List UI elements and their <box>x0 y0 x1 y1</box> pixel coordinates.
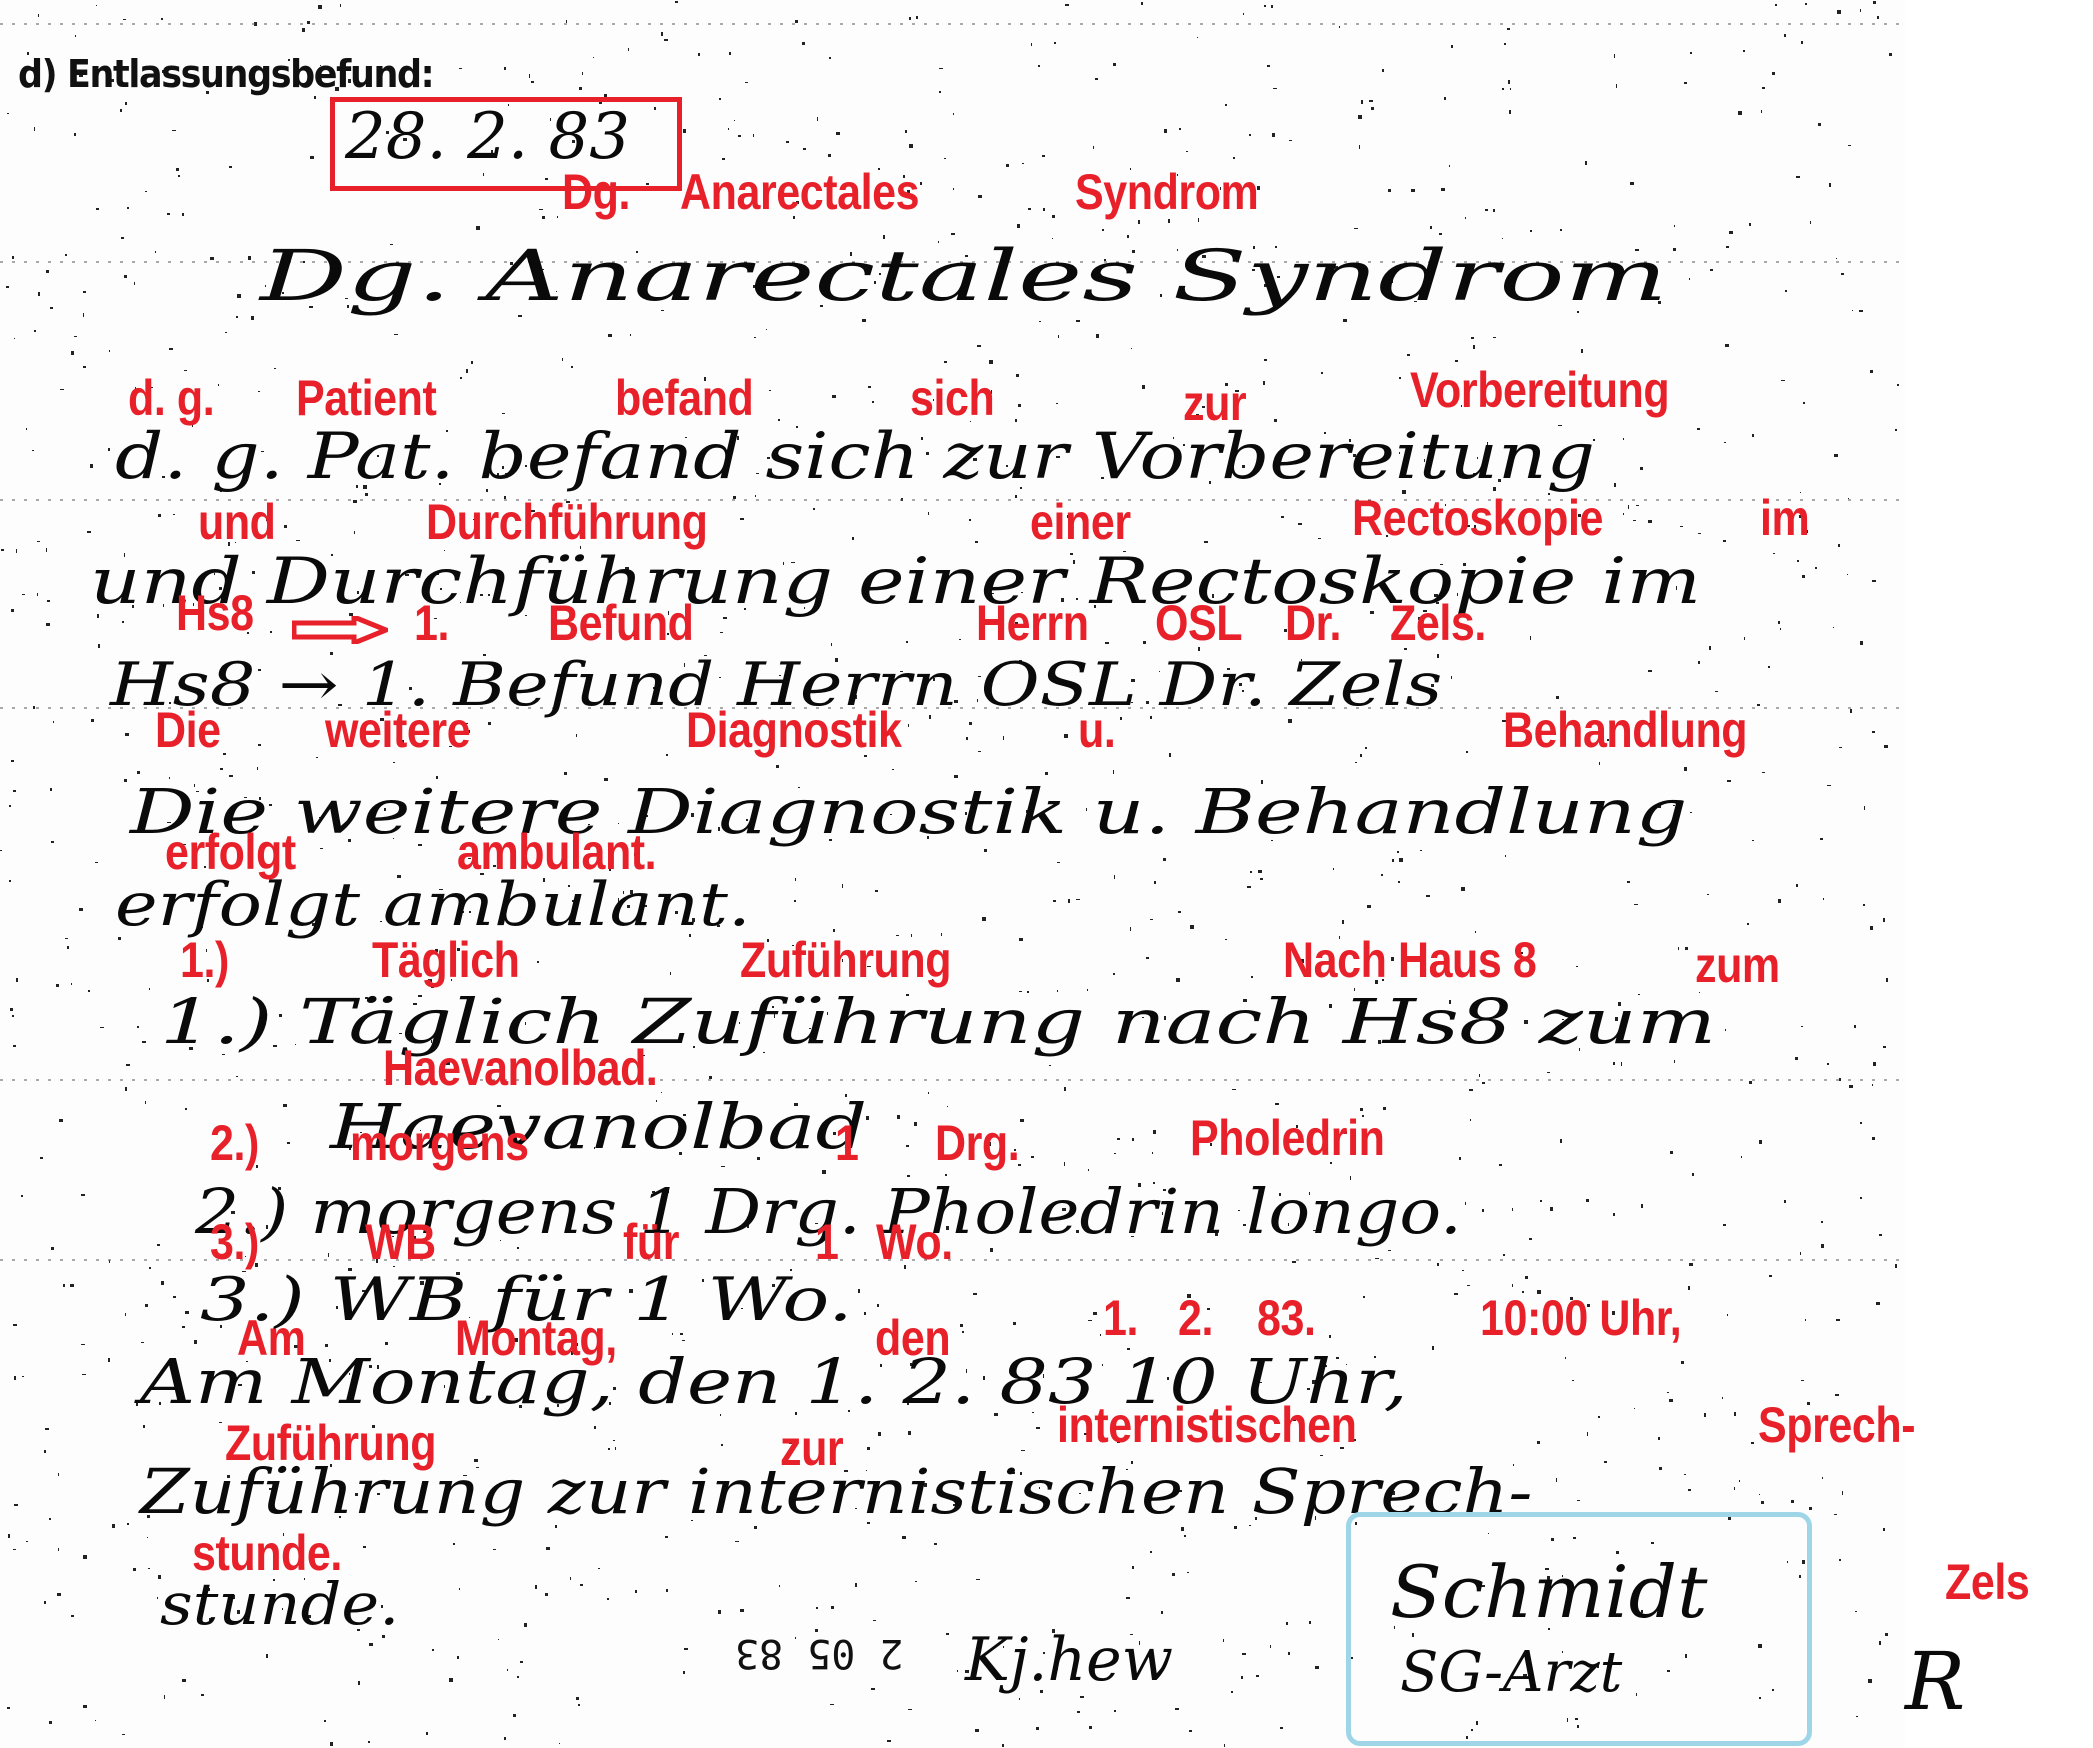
ann-diagnostik: Diagnostik <box>686 705 902 755</box>
date-stamp: 2 05 83 <box>735 1630 904 1676</box>
ann-zufuehrung-1: Zuführung <box>740 935 951 985</box>
ann-befund: Befund <box>548 598 694 648</box>
ann-u: u. <box>1078 705 1115 755</box>
ann-herrn: Herrn <box>976 598 1089 648</box>
ann-osl: OSL <box>1155 598 1242 648</box>
ann-durchfuehrung: Durchführung <box>426 497 707 547</box>
ann-patient: Patient <box>296 373 436 423</box>
signature-title: SG-Arzt <box>1400 1640 1622 1705</box>
ann-2-bracket: 2.) <box>210 1118 259 1168</box>
handwriting-line-6: erfolgt ambulant. <box>115 870 751 940</box>
ann-montag: Montag, <box>455 1313 617 1363</box>
ann-time: 10:00 Uhr, <box>1480 1293 1681 1343</box>
ann-1-wo: 1 <box>815 1217 838 1267</box>
ann-fuer: für <box>623 1217 679 1267</box>
ann-und: und <box>198 497 276 547</box>
signature-name: Schmidt <box>1390 1550 1707 1634</box>
ann-zum: zum <box>1695 940 1780 990</box>
ann-year: 83. <box>1257 1293 1315 1343</box>
ann-morgens: morgens <box>350 1118 529 1168</box>
ann-1-bracket: 1.) <box>180 935 229 985</box>
ann-syndrom: Syndrom <box>1075 167 1258 217</box>
zels-signature: R <box>1905 1635 1965 1728</box>
form-section-label: d) Entlassungsbefund: <box>18 52 433 96</box>
arrow-right-icon <box>292 616 388 644</box>
ann-zur: zur <box>1183 378 1246 428</box>
ann-dr: Dr. <box>1285 598 1341 648</box>
stamp-initials: Kj.hew <box>965 1625 1173 1695</box>
ann-wb: WB <box>365 1217 436 1267</box>
handwriting-line-1: Dg. Anarectales Syndrom <box>260 235 1668 317</box>
ann-hs8: Hs8 <box>176 588 254 638</box>
ann-anarectales: Anarectales <box>680 167 919 217</box>
ann-rectoskopie: Rectoskopie <box>1352 493 1603 543</box>
handwritten-date: 28. 2. 83 <box>345 100 630 174</box>
ann-zufuehrung-2: Zuführung <box>225 1418 436 1468</box>
ann-drg: Drg. <box>935 1118 1019 1168</box>
ann-internistischen: internistischen <box>1057 1400 1356 1450</box>
ann-wo: Wo. <box>876 1217 953 1267</box>
ann-day: 1. <box>1103 1293 1138 1343</box>
ann-sich: sich <box>910 373 994 423</box>
ann-sprech: Sprech- <box>1758 1400 1915 1450</box>
ann-dg-abbr: d. g. <box>128 373 214 423</box>
ann-pholedrin: Pholedrin <box>1190 1113 1384 1163</box>
ann-behandlung: Behandlung <box>1503 705 1747 755</box>
handwriting-line-2: d. g. Pat. befand sich zur Vorbereitung <box>115 420 1595 494</box>
ann-ambulant: ambulant. <box>457 827 656 877</box>
ann-stunde: stunde. <box>192 1528 342 1578</box>
ann-dg: Dg. <box>562 167 630 217</box>
ann-im: im <box>1760 493 1809 543</box>
ann-1: 1. <box>414 598 449 648</box>
ann-taeglich: Täglich <box>372 935 520 985</box>
ann-haevanolbad: Haevanolbad. <box>383 1043 657 1093</box>
ann-den: den <box>875 1313 950 1363</box>
ann-zur-2: zur <box>780 1423 843 1473</box>
ann-nach-haus-8: Nach Haus 8 <box>1283 935 1536 985</box>
ann-vorbereitung: Vorbereitung <box>1410 365 1669 415</box>
ann-zels-1: Zels. <box>1390 598 1486 648</box>
ann-die: Die <box>155 705 221 755</box>
ann-weitere: weitere <box>325 705 470 755</box>
ann-befand: befand <box>615 373 753 423</box>
ann-erfolgt: erfolgt <box>165 827 296 877</box>
handwriting-line-5: Die weitere Diagnostik u. Behandlung <box>130 775 1687 848</box>
ann-1-drg: 1 <box>835 1118 858 1168</box>
ann-einer: einer <box>1030 497 1131 547</box>
ann-month: 2. <box>1178 1293 1213 1343</box>
ann-am: Am <box>237 1313 305 1363</box>
ann-zels-2: Zels <box>1945 1557 2029 1607</box>
ann-3-bracket: 3.) <box>210 1217 259 1267</box>
